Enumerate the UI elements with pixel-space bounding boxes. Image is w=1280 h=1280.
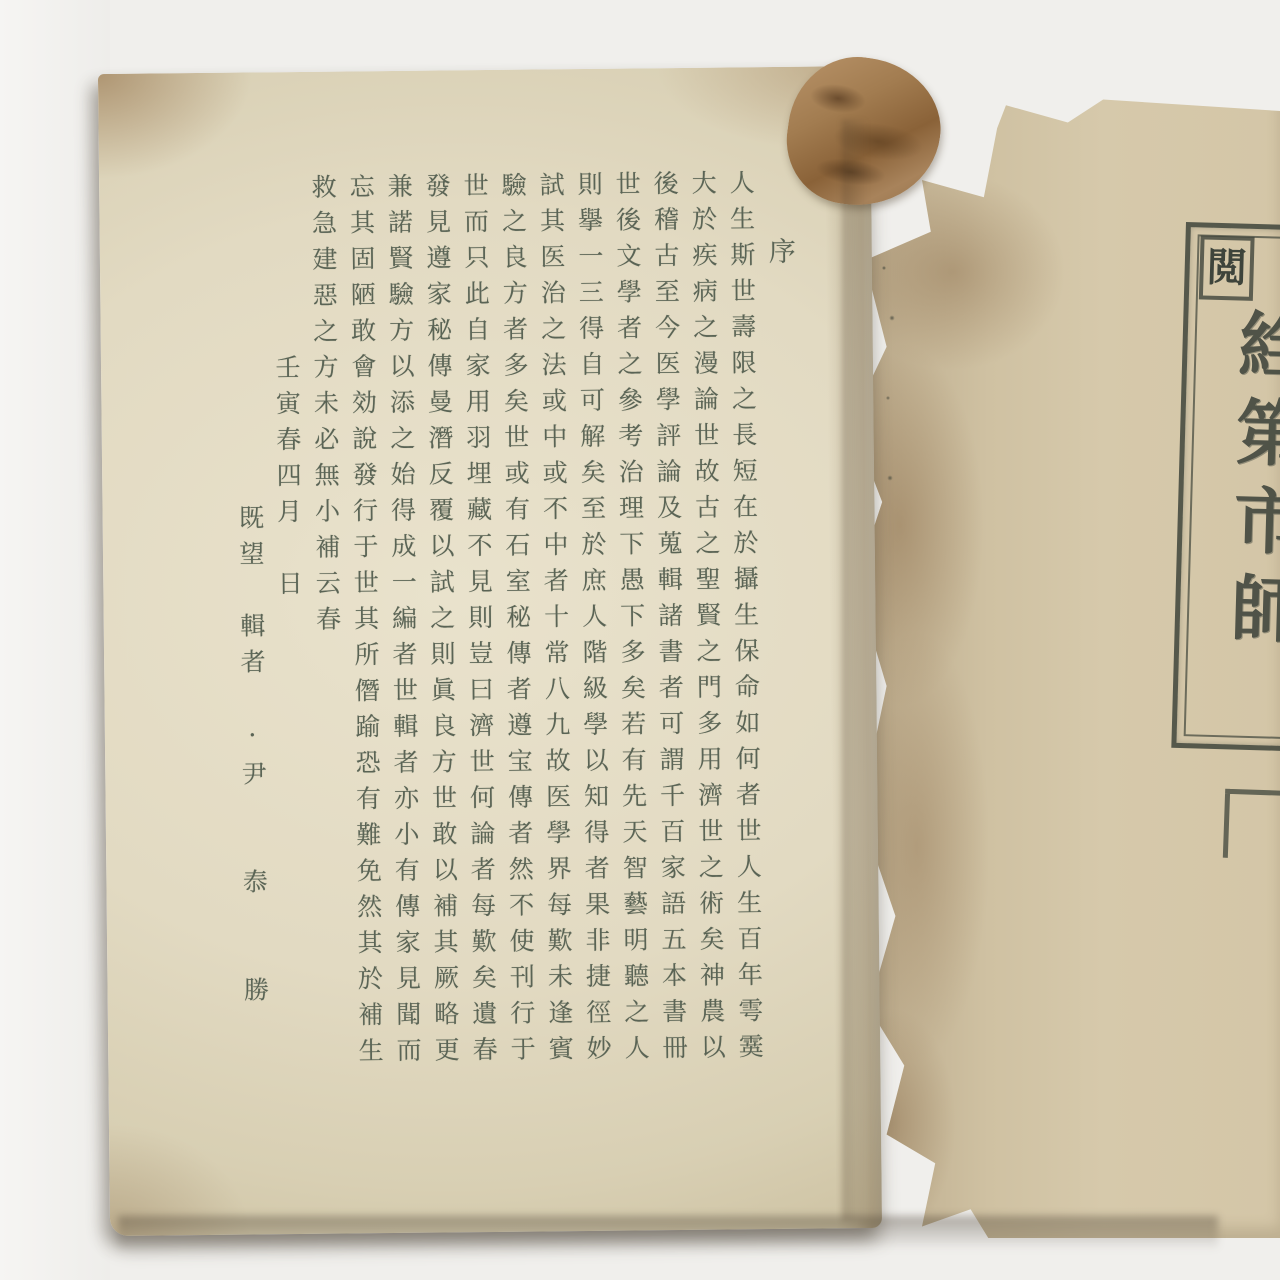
backdrop <box>0 0 110 1280</box>
title-page-char: 市 <box>1220 482 1280 572</box>
ink-specks <box>874 258 904 518</box>
title-page-char: 第 <box>1223 394 1280 484</box>
left-page: 序 人生斯世壽限之長短在於攝生保命如何者世人生百年雩霙 大於疾病之漫論世故古之聖… <box>98 66 882 1236</box>
book-shadow <box>118 1216 1218 1250</box>
title-page-char: 師 <box>1218 570 1280 660</box>
photo-of-open-book: 閲 絟第市師 序 人生斯世壽限之長短在於攝生保命如何者世人生百年雩霙 大於疾病之… <box>0 0 1280 1280</box>
title-page-char: 絟 <box>1225 306 1280 396</box>
title-page-frame: 閲 絟第市師 <box>1171 222 1280 752</box>
lower-frame-corner-mark <box>1223 789 1280 861</box>
preface-text-block: 序 人生斯世壽限之長短在於攝生保命如何者世人生百年雩霙 大於疾病之漫論世故古之聖… <box>191 169 807 1150</box>
gutter-shadow <box>842 120 868 1220</box>
title-page-box-character: 閲 <box>1199 235 1255 300</box>
title-page-partial-characters: 絟第市師 <box>1205 306 1280 661</box>
